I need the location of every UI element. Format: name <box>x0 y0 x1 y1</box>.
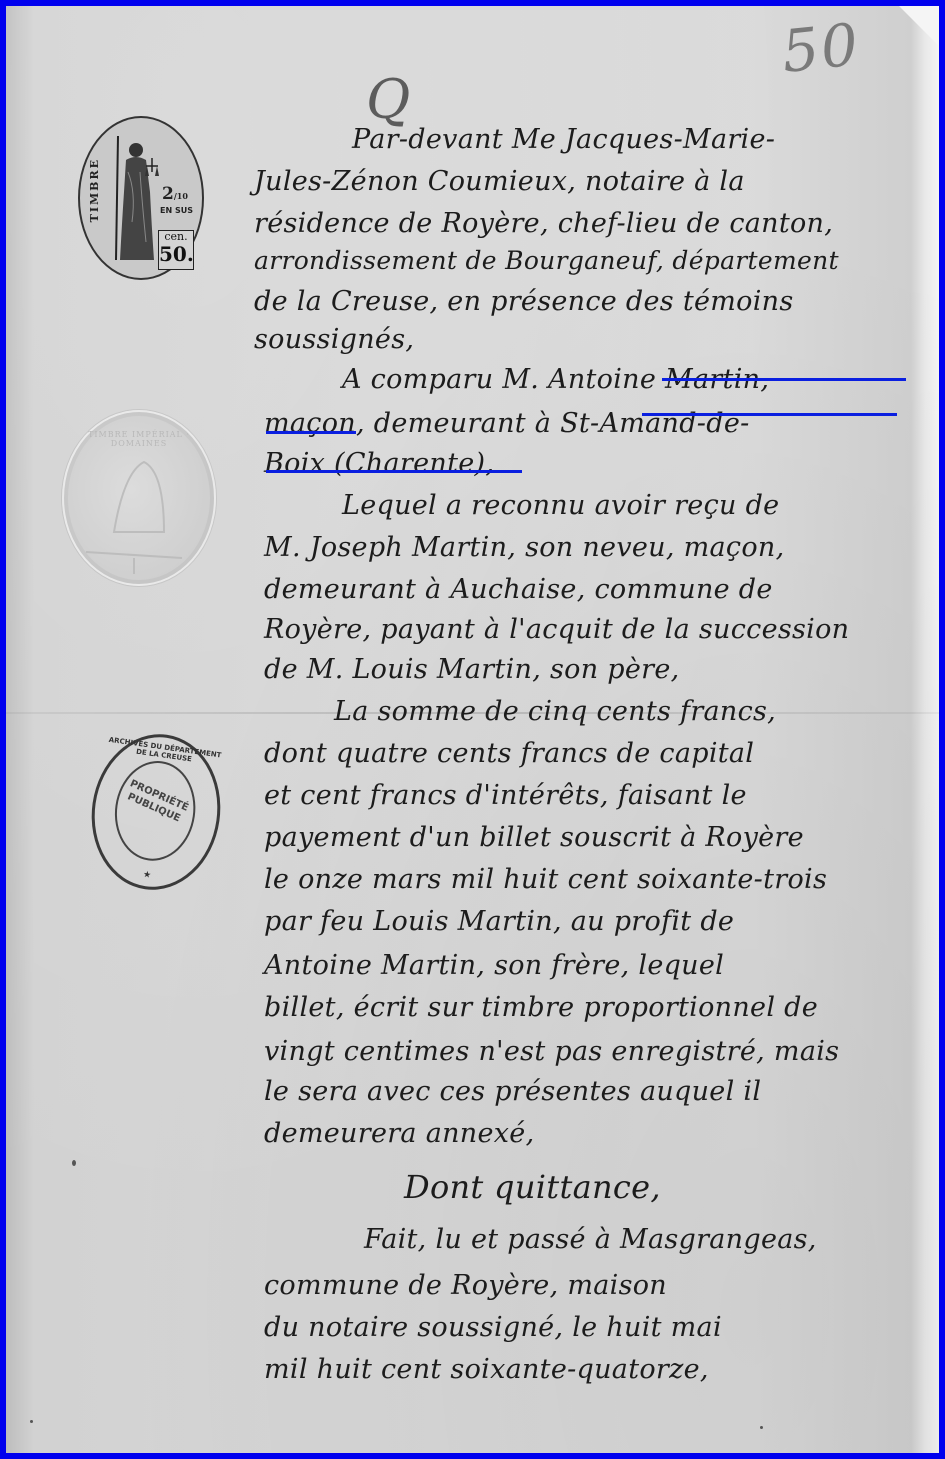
archive-stamp: ARCHIVES DU DÉPARTEMENT DE LA CREUSE PRO… <box>82 726 230 898</box>
ink-speck <box>30 1420 33 1423</box>
highlight-st-amand <box>642 413 897 416</box>
text-line: Lequel a reconnu avoir reçu de <box>342 490 779 521</box>
highlight-antoine-martin <box>662 378 906 381</box>
text-line: soussignés, <box>254 324 414 355</box>
embossed-seal: TIMBRE IMPÉRIAL · DOMAINES <box>62 410 216 586</box>
text-line: mil huit cent soixante-quatorze, <box>264 1354 709 1385</box>
text-line: dont quatre cents francs de capital <box>264 738 754 769</box>
text-line: La somme de cinq cents francs, <box>334 696 776 727</box>
text-line: de la Creuse, en présence des témoins <box>254 286 794 317</box>
text-line: Royère, payant à l'acquit de la successi… <box>264 614 849 645</box>
text-line: payement d'un billet souscrit à Royère <box>264 822 804 853</box>
folded-corner <box>899 6 939 46</box>
text-line: Antoine Martin, son frère, lequel <box>264 950 724 981</box>
text-line: demeurant à Auchaise, commune de <box>264 574 773 605</box>
text-line: vingt centimes n'est pas enregistré, mai… <box>264 1036 839 1067</box>
stamp-denomination: cen. 50. <box>158 230 194 270</box>
text-line: Fait, lu et passé à Masgrangeas, <box>364 1224 817 1255</box>
closing-formula: Dont quittance, <box>404 1168 661 1206</box>
text-line: Jules-Zénon Coumieux, notaire à la <box>254 166 745 197</box>
text-line: le onze mars mil huit cent soixante-troi… <box>264 864 827 895</box>
text-line: billet, écrit sur timbre proportionnel d… <box>264 992 818 1023</box>
stamp-label: TIMBRE <box>88 158 101 222</box>
surtax-note: EN SUS <box>160 206 193 215</box>
surtax-rate: 2/10 <box>162 184 188 204</box>
fiscal-stamp: TIMBRE 2/10 EN SUS cen. 50. <box>78 116 204 280</box>
highlight-boix-charente <box>266 470 522 473</box>
monogram: Q <box>366 68 410 131</box>
text-line: le sera avec ces présentes auquel il <box>264 1076 761 1107</box>
text-line: demeurera annexé, <box>264 1118 534 1149</box>
ink-speck <box>72 1160 76 1166</box>
text-line: arrondissement de Bourganeuf, départemen… <box>254 246 839 275</box>
text-line: M. Joseph Martin, son neveu, maçon, <box>264 532 784 563</box>
page-number: 50 <box>779 10 863 86</box>
text-line: résidence de Royère, chef-lieu de canton… <box>254 208 833 239</box>
text-line: Boix (Charente), <box>264 448 494 479</box>
justice-figure-icon <box>112 132 160 266</box>
text-line: Par-devant Me Jacques-Marie- <box>352 124 775 155</box>
text-line: et cent francs d'intérêts, faisant le <box>264 780 747 811</box>
text-line: de M. Louis Martin, son père, <box>264 654 680 685</box>
seated-figure-icon <box>64 412 214 584</box>
blue-border-frame: 50 Q TIMBRE 2/10 EN SUS cen. 50. TIMBR <box>4 4 941 1455</box>
text-line: par feu Louis Martin, au profit de <box>264 906 734 937</box>
highlight-macon <box>266 431 356 434</box>
text-line: du notaire soussigné, le huit mai <box>264 1312 722 1343</box>
document-page: 50 Q TIMBRE 2/10 EN SUS cen. 50. TIMBR <box>6 6 939 1453</box>
ink-speck <box>760 1426 763 1429</box>
text-line: commune de Royère, maison <box>264 1270 667 1301</box>
